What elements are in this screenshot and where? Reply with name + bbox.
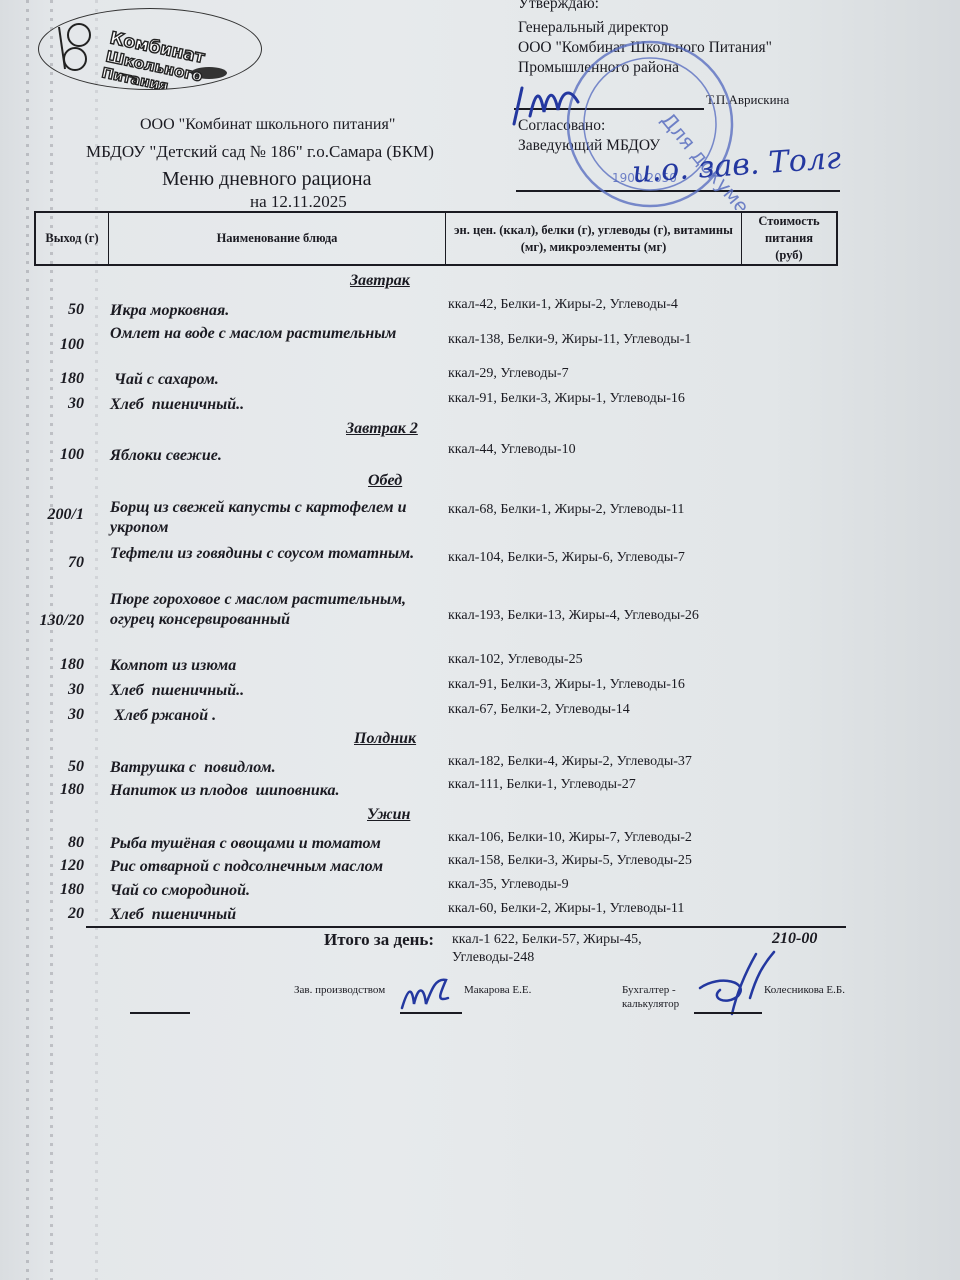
item-qty: 30 xyxy=(22,395,84,413)
item-nutrition: ккал-182, Белки-4, Жиры-2, Углеводы-37 xyxy=(448,754,692,770)
total-nutrition: ккал-1 622, Белки-57, Жиры-45, Углеводы-… xyxy=(452,931,642,967)
production-signature-icon xyxy=(396,974,466,1014)
item-dish: Рис отварной с подсолнечным маслом xyxy=(110,857,450,877)
item-qty: 20 xyxy=(22,905,84,923)
production-name: Макарова Е.Е. xyxy=(464,984,531,996)
item-nutrition: ккал-68, Белки-1, Жиры-2, Углеводы-11 xyxy=(448,502,684,518)
item-dish: Яблоки свежие. xyxy=(110,446,450,466)
section-header: Завтрак 2 xyxy=(346,420,418,438)
item-qty: 50 xyxy=(22,301,84,319)
total-nutrition-line2: Углеводы-248 xyxy=(452,949,642,967)
item-qty: 180 xyxy=(22,781,84,799)
item-qty: 130/20 xyxy=(22,612,84,630)
item-nutrition: ккал-91, Белки-3, Жиры-1, Углеводы-16 xyxy=(448,391,685,407)
item-dish: Напиток из плодов шиповника. xyxy=(110,781,450,801)
header-dish: Наименование блюда xyxy=(109,213,446,264)
menu-table-header: Выход (г) Наименование блюда эн. цен. (к… xyxy=(34,211,838,266)
item-nutrition: ккал-193, Белки-13, Жиры-4, Углеводы-26 xyxy=(448,608,699,624)
item-qty: 30 xyxy=(22,681,84,699)
section-header: Обед xyxy=(368,472,402,490)
accountant-label-2: калькулятор xyxy=(622,998,679,1010)
item-nutrition: ккал-138, Белки-9, Жиры-11, Углеводы-1 xyxy=(448,332,691,348)
header-nutrition: эн. цен. (ккал), белки (г), углеводы (г)… xyxy=(446,213,742,264)
section-header: Ужин xyxy=(367,806,410,824)
item-qty: 50 xyxy=(22,758,84,776)
school-food-logo-icon: Комбинат Школьного Питания xyxy=(39,9,261,89)
production-signature-line xyxy=(400,1012,462,1014)
item-qty: 100 xyxy=(22,446,84,464)
item-dish: Рыба тушёная с овощами и томатом xyxy=(110,834,450,854)
total-label: Итого за день: xyxy=(324,930,434,950)
company-logo: Комбинат Школьного Питания xyxy=(38,8,262,90)
item-nutrition: ккал-106, Белки-10, Жиры-7, Углеводы-2 xyxy=(448,830,692,846)
item-nutrition: ккал-91, Белки-3, Жиры-1, Углеводы-16 xyxy=(448,677,685,693)
blank-signature-line xyxy=(130,1012,190,1014)
total-nutrition-line1: ккал-1 622, Белки-57, Жиры-45, xyxy=(452,931,642,949)
item-dish: Хлеб ржаной . xyxy=(110,706,450,726)
item-qty: 180 xyxy=(22,370,84,388)
item-dish: Хлеб пшеничный.. xyxy=(110,681,450,701)
item-nutrition: ккал-35, Углеводы-9 xyxy=(448,877,569,893)
item-qty: 30 xyxy=(22,706,84,724)
menu-date: на 12.11.2025 xyxy=(250,192,347,212)
item-nutrition: ккал-102, Углеводы-25 xyxy=(448,652,583,668)
org-name: ООО "Комбинат школьного питания" xyxy=(140,116,395,134)
accountant-label: Бухгалтер - xyxy=(622,984,676,996)
institution-name: МБДОУ "Детский сад № 186" г.о.Самара (БК… xyxy=(86,142,434,162)
item-qty: 100 xyxy=(22,336,84,354)
item-nutrition: ккал-29, Углеводы-7 xyxy=(448,366,569,382)
total-cost: 210-00 xyxy=(772,930,817,948)
section-header: Завтрак xyxy=(350,272,410,290)
item-qty: 180 xyxy=(22,656,84,674)
accountant-signature-line xyxy=(694,1012,762,1014)
item-qty: 70 xyxy=(22,554,84,572)
section-header: Полдник xyxy=(354,730,416,748)
approver-position: Генеральный директор xyxy=(518,18,669,38)
production-label: Зав. производством xyxy=(294,984,385,996)
item-qty: 180 xyxy=(22,881,84,899)
item-dish: Чай с сахаром. xyxy=(110,370,450,390)
item-nutrition: ккал-104, Белки-5, Жиры-6, Углеводы-7 xyxy=(448,550,685,566)
item-nutrition: ккал-111, Белки-1, Углеводы-27 xyxy=(448,777,636,793)
item-dish: Хлеб пшеничный xyxy=(110,905,450,925)
accountant-name: Колесникова Е.Б. xyxy=(764,984,845,996)
item-nutrition: ккал-42, Белки-1, Жиры-2, Углеводы-4 xyxy=(448,297,678,313)
item-qty: 120 xyxy=(22,857,84,875)
item-dish: Хлеб пшеничный.. xyxy=(110,395,450,415)
page-title: Меню дневного рациона xyxy=(162,168,372,191)
item-nutrition: ккал-158, Белки-3, Жиры-5, Углеводы-25 xyxy=(448,853,692,869)
item-qty: 200/1 xyxy=(22,506,84,524)
item-dish: Тефтели из говядины с соусом томатным. xyxy=(110,544,450,564)
approve-label: Утверждаю: xyxy=(518,0,599,14)
header-cost: Стоимость питания (руб) xyxy=(742,213,836,264)
item-nutrition: ккал-67, Белки-2, Углеводы-14 xyxy=(448,702,630,718)
approver-signature-icon xyxy=(500,80,620,130)
item-dish: Чай со смородиной. xyxy=(110,881,450,901)
item-nutrition: ккал-44, Углеводы-10 xyxy=(448,442,576,458)
item-qty: 80 xyxy=(22,834,84,852)
item-dish: Компот из изюма xyxy=(110,656,450,676)
item-nutrition: ккал-60, Белки-2, Жиры-1, Углеводы-11 xyxy=(448,901,684,917)
item-dish: Борщ из свежей капусты с картофелем и ук… xyxy=(110,498,450,538)
item-dish: Пюре гороховое с маслом растительным, ог… xyxy=(110,590,450,630)
header-output: Выход (г) xyxy=(36,213,109,264)
item-dish: Омлет на воде с маслом растительным xyxy=(110,324,450,344)
table-bottom-line xyxy=(86,926,846,928)
item-dish: Икра морковная. xyxy=(110,301,450,321)
item-dish: Ватрушка с повидлом. xyxy=(110,758,450,778)
